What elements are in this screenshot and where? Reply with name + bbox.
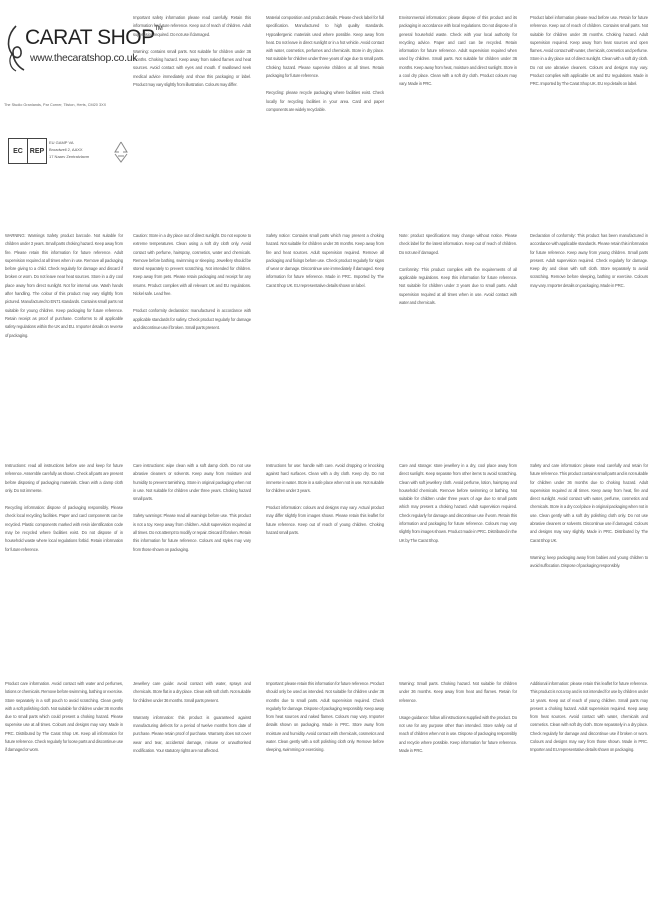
paragraph: Safety and care information: please read… — [530, 462, 648, 545]
paragraph: Care instructions: wipe clean with a sof… — [133, 462, 251, 503]
ec-label: EC — [9, 139, 28, 163]
paragraph: Conformity: This product complies with t… — [399, 266, 517, 307]
paragraph: Safety notice: Contains small parts whic… — [266, 232, 384, 290]
text-cell: Instructions for use: handle with care. … — [266, 462, 384, 546]
text-cell: Care instructions: wipe clean with a sof… — [133, 462, 251, 563]
text-cell: Important: please retain this informatio… — [266, 680, 384, 764]
paragraph: Caution: Store in a dry place out of dir… — [133, 232, 251, 298]
paragraph: Jewellery care guide: avoid contact with… — [133, 680, 251, 705]
text-cell: Safety and care information: please read… — [530, 462, 648, 580]
paragraph: Warning: contains small parts. Not suita… — [133, 48, 251, 89]
text-cell: Jewellery care guide: avoid contact with… — [133, 680, 251, 764]
ec-rep-symbol: EC REP — [8, 138, 47, 164]
text-cell: Product label information please read be… — [530, 14, 648, 98]
brand-url: www.thecaratshop.co.uk — [30, 52, 137, 64]
paragraph: WARNING: Warnings Safety product barcode… — [5, 232, 123, 340]
paragraph: Warning: Small parts. Choking hazard. No… — [399, 680, 517, 705]
text-cell: Additional information: please retain th… — [530, 680, 648, 764]
text-cell: Environmental information: please dispos… — [399, 14, 517, 98]
paragraph: Important: please retain this informatio… — [266, 680, 384, 755]
text-cell: Important safety information please read… — [133, 14, 251, 98]
text-cell: Caution: Store in a dry place out of dir… — [133, 232, 251, 341]
paragraph: Product label information please read be… — [530, 14, 648, 89]
ec-rep-address: EU GAMP VA Broadwell 2, AAXX 17 Naarv Ze… — [49, 139, 89, 160]
text-cell: Material composition and product details… — [266, 14, 384, 123]
paragraph: Important safety information please read… — [133, 14, 251, 39]
paragraph: Material composition and product details… — [266, 14, 384, 80]
swirl-logo-icon — [4, 24, 26, 74]
text-cell: Warning: Small parts. Choking hazard. No… — [399, 680, 517, 764]
paragraph: Care and storage: store jewellery in a d… — [399, 462, 517, 545]
paragraph: Product information: colours and designs… — [266, 504, 384, 537]
text-cell: Note: product specifications may change … — [399, 232, 517, 316]
paragraph: Warranty information: this product is gu… — [133, 714, 251, 755]
rep-label: REP — [28, 139, 46, 163]
paragraph: Product conformity declaration: manufact… — [133, 307, 251, 332]
paragraph: Instructions: read all instructions befo… — [5, 462, 123, 495]
paragraph: Environmental information: please dispos… — [399, 14, 517, 89]
brand-address: The Studio Granlands, Par Corner, Tilsto… — [4, 103, 106, 107]
text-cell: Product care information. Avoid contact … — [5, 680, 123, 764]
text-cell: Safety notice: Contains small parts whic… — [266, 232, 384, 299]
paragraph: Warning: keep packaging away from babies… — [530, 554, 648, 571]
text-cell: Care and storage: store jewellery in a d… — [399, 462, 517, 554]
paragraph: Safety warnings: Please read all warning… — [133, 512, 251, 553]
paragraph: Note: product specifications may change … — [399, 232, 517, 257]
paragraph: Declaration of conformity: This product … — [530, 232, 648, 290]
paragraph: Product care information. Avoid contact … — [5, 680, 123, 755]
text-cell: Declaration of conformity: This product … — [530, 232, 648, 299]
paragraph: Recycling: please recycle packaging wher… — [266, 89, 384, 114]
paragraph: Usage guidance: follow all instructions … — [399, 714, 517, 755]
paragraph: Additional information: please retain th… — [530, 680, 648, 755]
recycle-icon — [112, 140, 130, 164]
text-cell: WARNING: Warnings Safety product barcode… — [5, 232, 123, 349]
text-cell: Instructions: read all instructions befo… — [5, 462, 123, 563]
paragraph: Instructions for use: handle with care. … — [266, 462, 384, 495]
paragraph: Recycling information: dispose of packag… — [5, 504, 123, 554]
